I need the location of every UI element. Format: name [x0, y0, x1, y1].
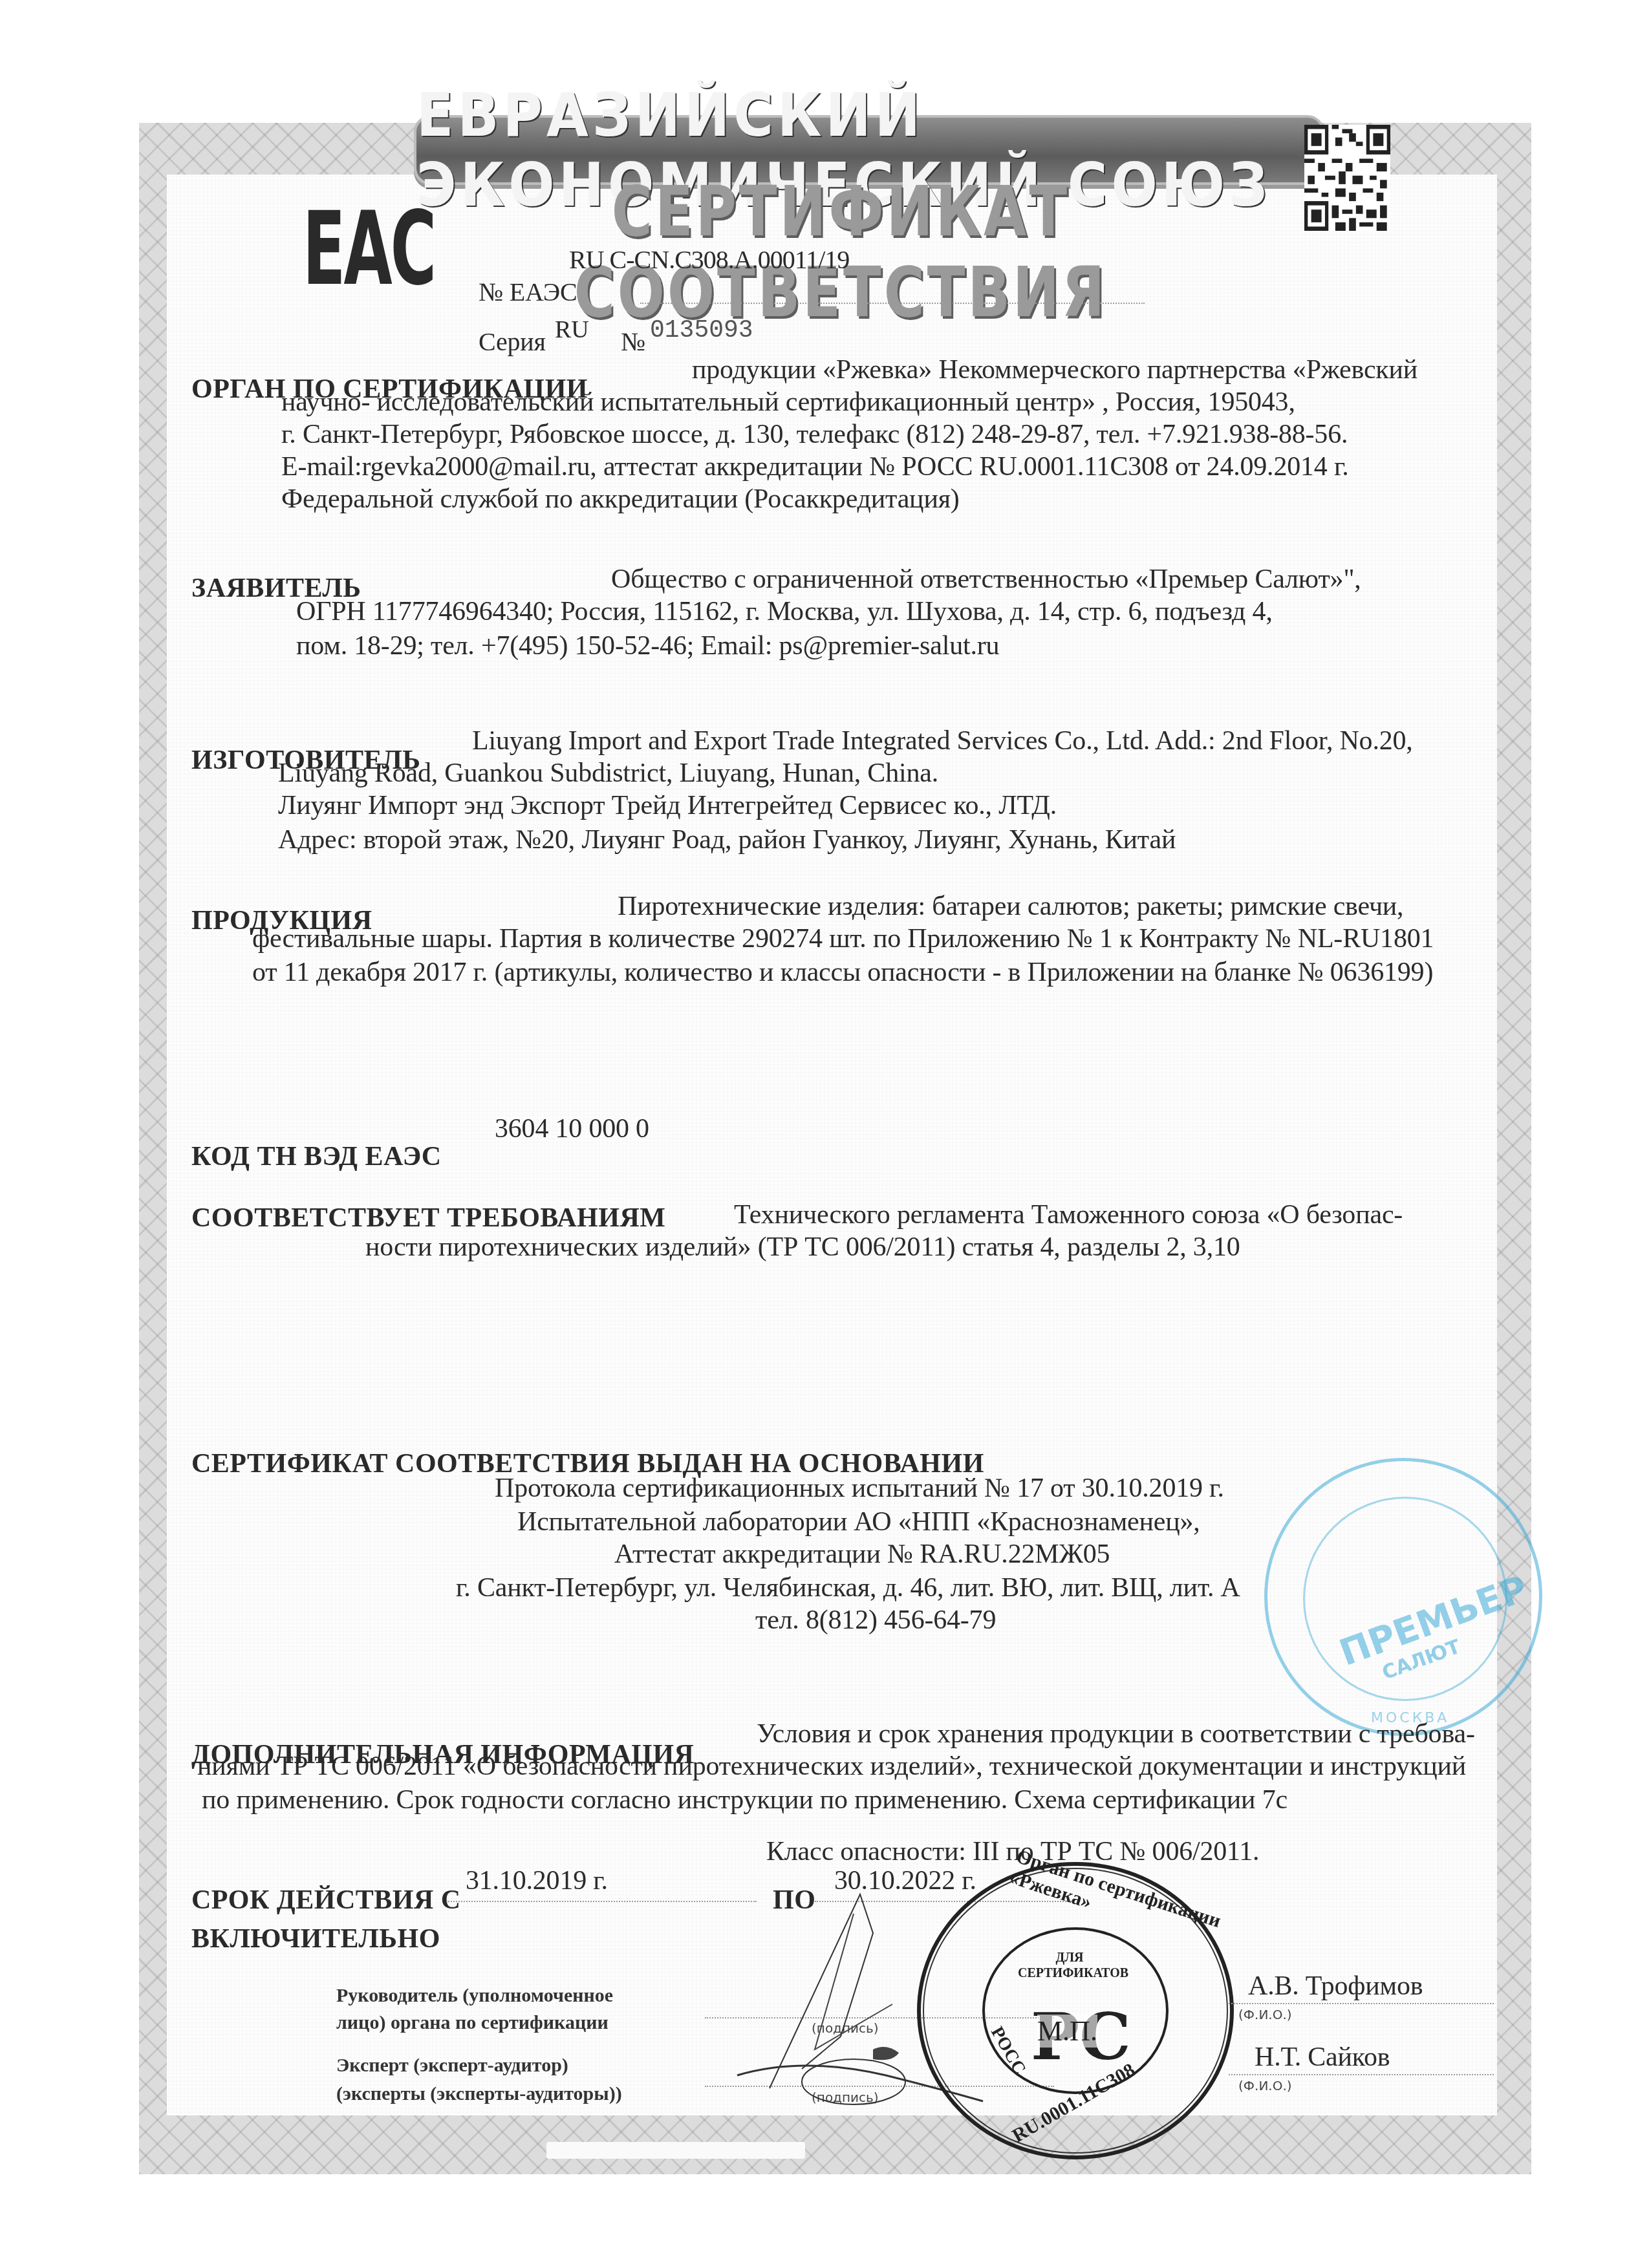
printer-imprint [546, 2142, 805, 2159]
head-name-caption: (Ф.И.О.) [1238, 2007, 1292, 2022]
additional-info-line: Условия и срок хранения продукции в соот… [757, 1718, 1475, 1749]
expert-label: (эксперты (эксперты-аудиторы)) [336, 2083, 622, 2105]
number-underline [640, 303, 1145, 304]
certificate-number: RU C-CN.C308.A.00011/19 [569, 244, 849, 275]
stamp-place-mark: М.П. [1037, 2015, 1097, 2048]
product-line: Пиротехнические изделия: батареи салютов… [618, 891, 1403, 922]
stamp-center-text: ДЛЯ СЕРТИФИКАТОВ [1018, 1950, 1121, 1981]
series-label: Серия [479, 326, 546, 357]
validity-inclusive-label: ВКЛЮЧИТЕЛЬНО [191, 1923, 440, 1954]
certification-body-line: E-mail:rgevka2000@mail.ru, аттестат аккр… [281, 451, 1348, 482]
manufacturer-line: Адрес: второй этаж, №20, Лиуянг Роад, ра… [278, 824, 1176, 855]
certification-body-stamp: Орган по сертификации «Ржевка» ДЛЯ СЕРТИ… [917, 1862, 1234, 2159]
head-label: лицо) органа по сертификации [336, 2012, 609, 2034]
issued-basis-line: Испытательной лаборатории АО «НПП «Красн… [517, 1506, 1200, 1537]
company-stamp-blue: ПРЕМЬЕР САЛЮТ МОСКВА [1264, 1458, 1542, 1736]
hs-code-label: КОД ТН ВЭД ЕАЭС [191, 1141, 442, 1172]
manufacturer-line: Лиуянг Импорт энд Экспорт Трейд Интегрей… [278, 790, 1057, 821]
certification-body-line: Федеральной службой по аккредитации (Рос… [281, 484, 960, 515]
validity-from-date: 31.10.2019 г. [466, 1865, 608, 1896]
head-label: Руководитель (уполномоченное [336, 1985, 613, 2007]
applicant-line: пом. 18-29; тел. +7(495) 150-52-46; Emai… [296, 630, 999, 661]
product-line: фестивальные шары. Партия в количестве 2… [252, 923, 1434, 954]
manufacturer-line: Liuyang Road, Guankou Subdistrict, Liuya… [278, 758, 938, 789]
conforms-line: ности пиротехнических изделий» (ТР ТС 00… [365, 1232, 1240, 1263]
issued-basis-line: тел. 8(812) 456-64-79 [755, 1605, 996, 1636]
issued-basis-line: Аттестат аккредитации № RA.RU.22МЖ05 [614, 1539, 1110, 1570]
from-date-underline [446, 1901, 757, 1902]
certification-body-line: г. Санкт-Петербург, Рябовское шоссе, д. … [281, 419, 1348, 450]
conforms-label: СООТВЕТСТВУЕТ ТРЕБОВАНИЯМ [191, 1203, 665, 1234]
hs-code-value: 3604 10 000 0 [495, 1113, 649, 1144]
qr-code-icon [1304, 125, 1390, 231]
issued-basis-line: Протокола сертификационных испытаний № 1… [495, 1473, 1224, 1504]
eac-logo: ЕАС [303, 208, 369, 290]
applicant-line: Общество с ограниченной ответственностью… [611, 564, 1361, 595]
product-line: от 11 декабря 2017 г. (артикулы, количес… [252, 957, 1433, 988]
expert-name-caption: (Ф.И.О.) [1238, 2078, 1292, 2093]
applicant-line: ОГРН 1177746964340; Россия, 115162, г. М… [296, 596, 1273, 627]
expert-label: Эксперт (эксперт-аудитор) [336, 2055, 568, 2077]
certificate-number-label: № ЕАЭС [479, 277, 577, 307]
manufacturer-line: Liuyang Import and Export Trade Integrat… [472, 725, 1413, 756]
additional-info-line: по применению. Срок годности согласно ин… [202, 1784, 1288, 1815]
issued-basis-line: г. Санкт-Петербург, ул. Челябинская, д. … [456, 1572, 1240, 1603]
head-name-line [1229, 2003, 1494, 2004]
conforms-line: Технического регламента Таможенного союз… [734, 1199, 1403, 1230]
validity-from-label: СРОК ДЕЙСТВИЯ С [191, 1885, 461, 1916]
certification-body-line: продукции «Ржевка» Некоммерческого партн… [692, 354, 1417, 385]
expert-name-line [1229, 2074, 1494, 2075]
additional-info-line: ниями ТР ТС 006/2011 «О безопасности пир… [197, 1751, 1466, 1782]
head-name: А.В. Трофимов [1248, 1971, 1423, 2002]
expert-name: Н.Т. Сайков [1255, 2042, 1390, 2073]
blank-number-value: 0135093 [650, 317, 753, 345]
certification-body-line: научно- исследовательский испытательный … [281, 387, 1295, 418]
hazard-class: Класс опасности: III по ТР ТС № 006/2011… [766, 1836, 1259, 1867]
blank-number-label: № [621, 326, 645, 357]
series-value: RU [555, 316, 588, 344]
